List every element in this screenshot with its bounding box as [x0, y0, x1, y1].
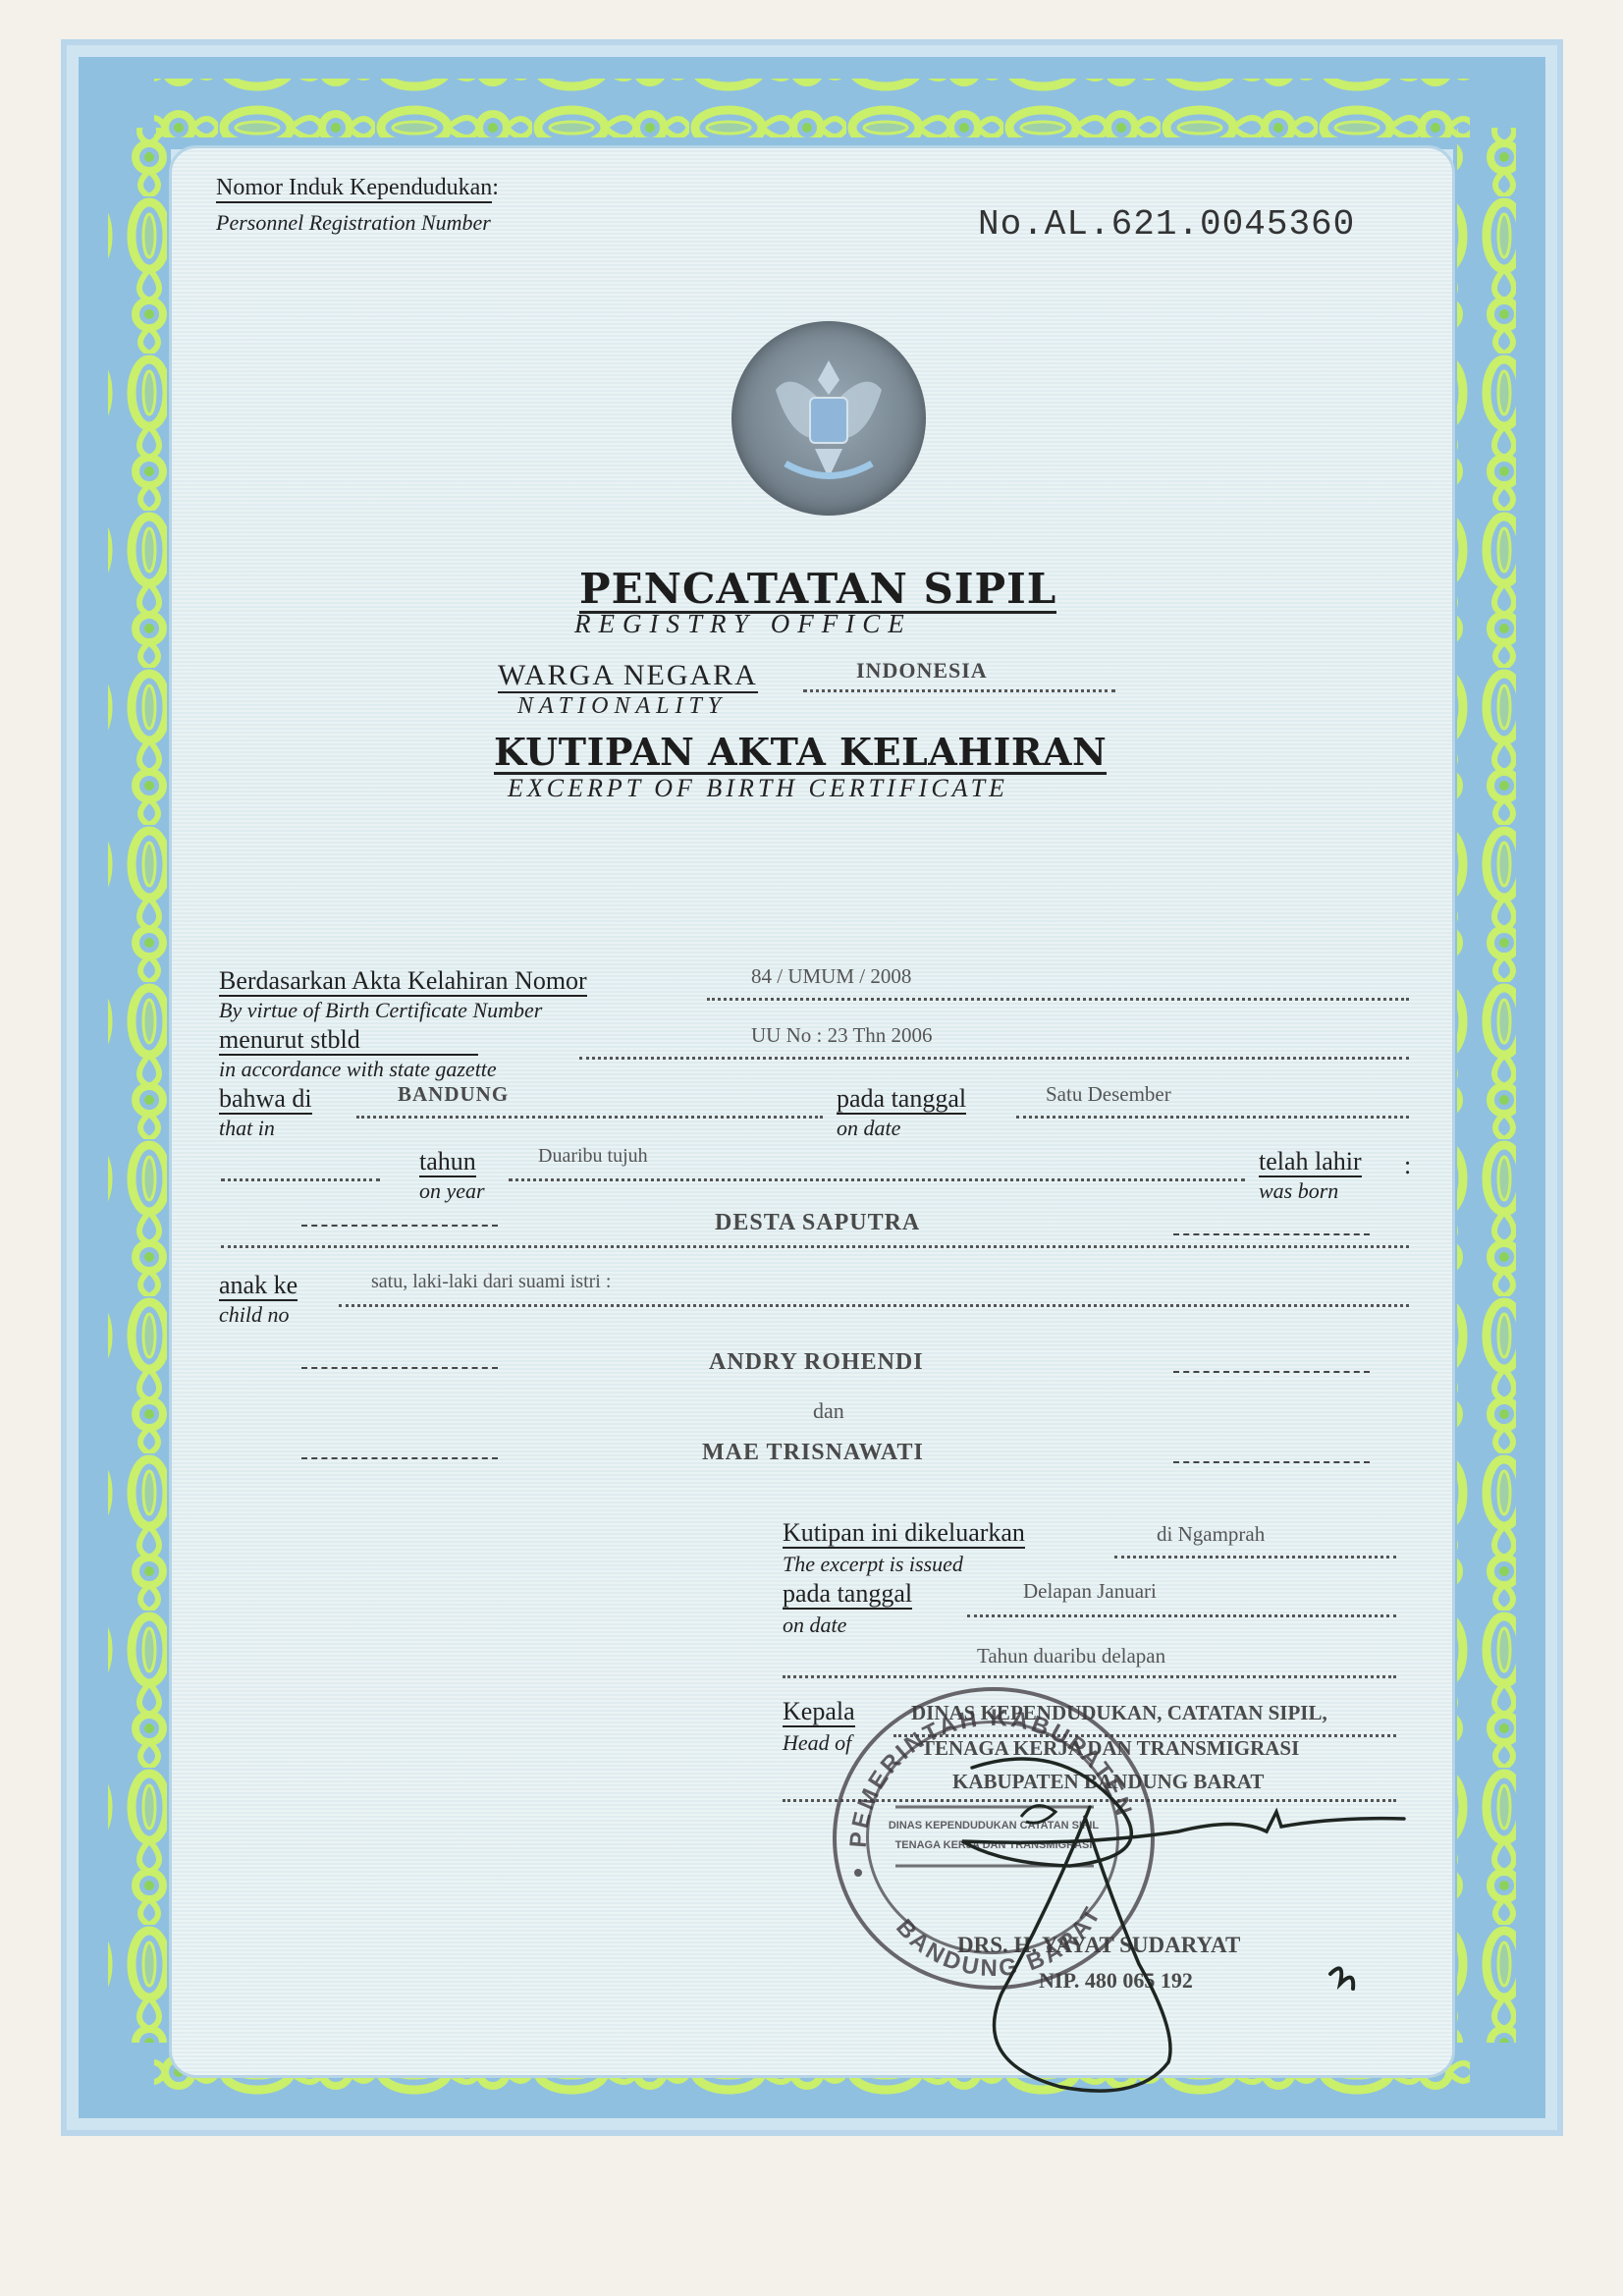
child-no-label-en: child no: [219, 1302, 290, 1328]
child-name: DESTA SAPUTRA: [715, 1210, 920, 1236]
place-dotted-line: [356, 1116, 823, 1119]
child-no-label-text: anak ke: [219, 1272, 298, 1301]
signature-icon: [943, 1748, 1414, 2102]
document-title-en: EXCERPT OF BIRTH CERTIFICATE: [508, 774, 1008, 803]
garuda-emblem-icon: [731, 321, 926, 516]
father-name: ANDRY ROHENDI: [709, 1349, 924, 1376]
place-label: bahwa di: [219, 1084, 312, 1115]
office-title: PENCATATAN SIPIL: [579, 568, 1056, 614]
father-left-dash: [301, 1367, 498, 1369]
issued-date-label-en: on date: [783, 1613, 846, 1638]
issued-year-value: Tahun duaribu delapan: [977, 1644, 1165, 1668]
born-colon: :: [1404, 1151, 1411, 1180]
year-dotted-line: [509, 1178, 1245, 1181]
place-label-text: bahwa di: [219, 1085, 312, 1115]
mother-name: MAE TRISNAWATI: [702, 1440, 924, 1466]
child-name-right-dash: [1173, 1233, 1370, 1235]
father-right-dash: [1173, 1371, 1370, 1373]
issued-year-dotted-line: [783, 1675, 1396, 1678]
place-value: BANDUNG: [398, 1082, 509, 1107]
issued-label-text: Kutipan ini dikeluarkan: [783, 1519, 1025, 1549]
nationality-label: WARGA NEGARA: [498, 660, 758, 693]
stbld-value: UU No : 23 Thn 2006: [751, 1023, 933, 1048]
nik-label-en: Personnel Registration Number: [216, 210, 491, 236]
child-no-dotted-line: [339, 1304, 1409, 1307]
nationality-label-en: NATIONALITY: [517, 693, 727, 720]
issued-date-value: Delapan Januari: [1023, 1579, 1157, 1604]
issued-label-en: The excerpt is issued: [783, 1552, 963, 1577]
nik-label: Nomor Induk Kependudukan:: [216, 175, 499, 203]
cert-number-label: Berdasarkan Akta Kelahiran Nomor: [219, 966, 587, 997]
child-no-value: satu, laki-laki dari suami istri :: [371, 1271, 611, 1293]
document-title: KUTIPAN AKTA KELAHIRAN: [494, 733, 1107, 775]
born-label-en: was born: [1259, 1178, 1338, 1204]
stbld-label-en: in accordance with state gazette: [219, 1057, 497, 1082]
child-no-label: anak ke: [219, 1271, 298, 1301]
conjunction: dan: [813, 1398, 844, 1424]
nik-colon: :: [492, 175, 499, 200]
stbld-label-text: menurut stbld: [219, 1026, 478, 1056]
year-label-en: on year: [419, 1178, 485, 1204]
issued-date-label: pada tanggal: [783, 1579, 912, 1610]
date-dotted-line: [1016, 1116, 1409, 1119]
child-name-left-dash: [301, 1225, 498, 1227]
serial-number: No.AL.621.0045360: [978, 204, 1355, 245]
issued-date-label-text: pada tanggal: [783, 1580, 912, 1610]
cert-number-dotted-line: [707, 998, 1409, 1001]
cert-number-label-en: By virtue of Birth Certificate Number: [219, 998, 542, 1023]
stbld-dotted-line: [579, 1057, 1409, 1060]
mother-right-dash: [1173, 1461, 1370, 1463]
nationality-dotted-line: [803, 689, 1115, 692]
date-label-en: on date: [837, 1116, 900, 1141]
issued-place-dotted-line: [1114, 1556, 1396, 1558]
issued-place: di Ngamprah: [1157, 1522, 1265, 1547]
year-label-text: tahun: [419, 1148, 476, 1177]
nik-label-text: Nomor Induk Kependudukan: [216, 176, 492, 203]
cert-number-value: 84 / UMUM / 2008: [751, 964, 911, 989]
year-value: Duaribu tujuh: [538, 1145, 648, 1168]
born-label-text: telah lahir: [1259, 1148, 1362, 1177]
child-name-dotted-line: [221, 1245, 1409, 1248]
cert-number-label-text: Berdasarkan Akta Kelahiran Nomor: [219, 967, 587, 997]
stbld-label: menurut stbld: [219, 1025, 478, 1056]
nationality-value: INDONESIA: [856, 658, 988, 683]
place-label-en: that in: [219, 1116, 275, 1141]
issued-label: Kutipan ini dikeluarkan: [783, 1518, 1025, 1549]
date-label: pada tanggal: [837, 1084, 966, 1115]
date-value: Satu Desember: [1046, 1082, 1171, 1107]
mother-left-dash: [301, 1457, 498, 1459]
year-label: tahun: [419, 1147, 476, 1177]
year-prefix-dotted-line: [221, 1178, 380, 1181]
born-label: telah lahir: [1259, 1147, 1362, 1177]
issued-date-dotted-line: [967, 1614, 1396, 1617]
office-title-en: REGISTRY OFFICE: [574, 609, 912, 639]
date-label-text: pada tanggal: [837, 1085, 966, 1115]
